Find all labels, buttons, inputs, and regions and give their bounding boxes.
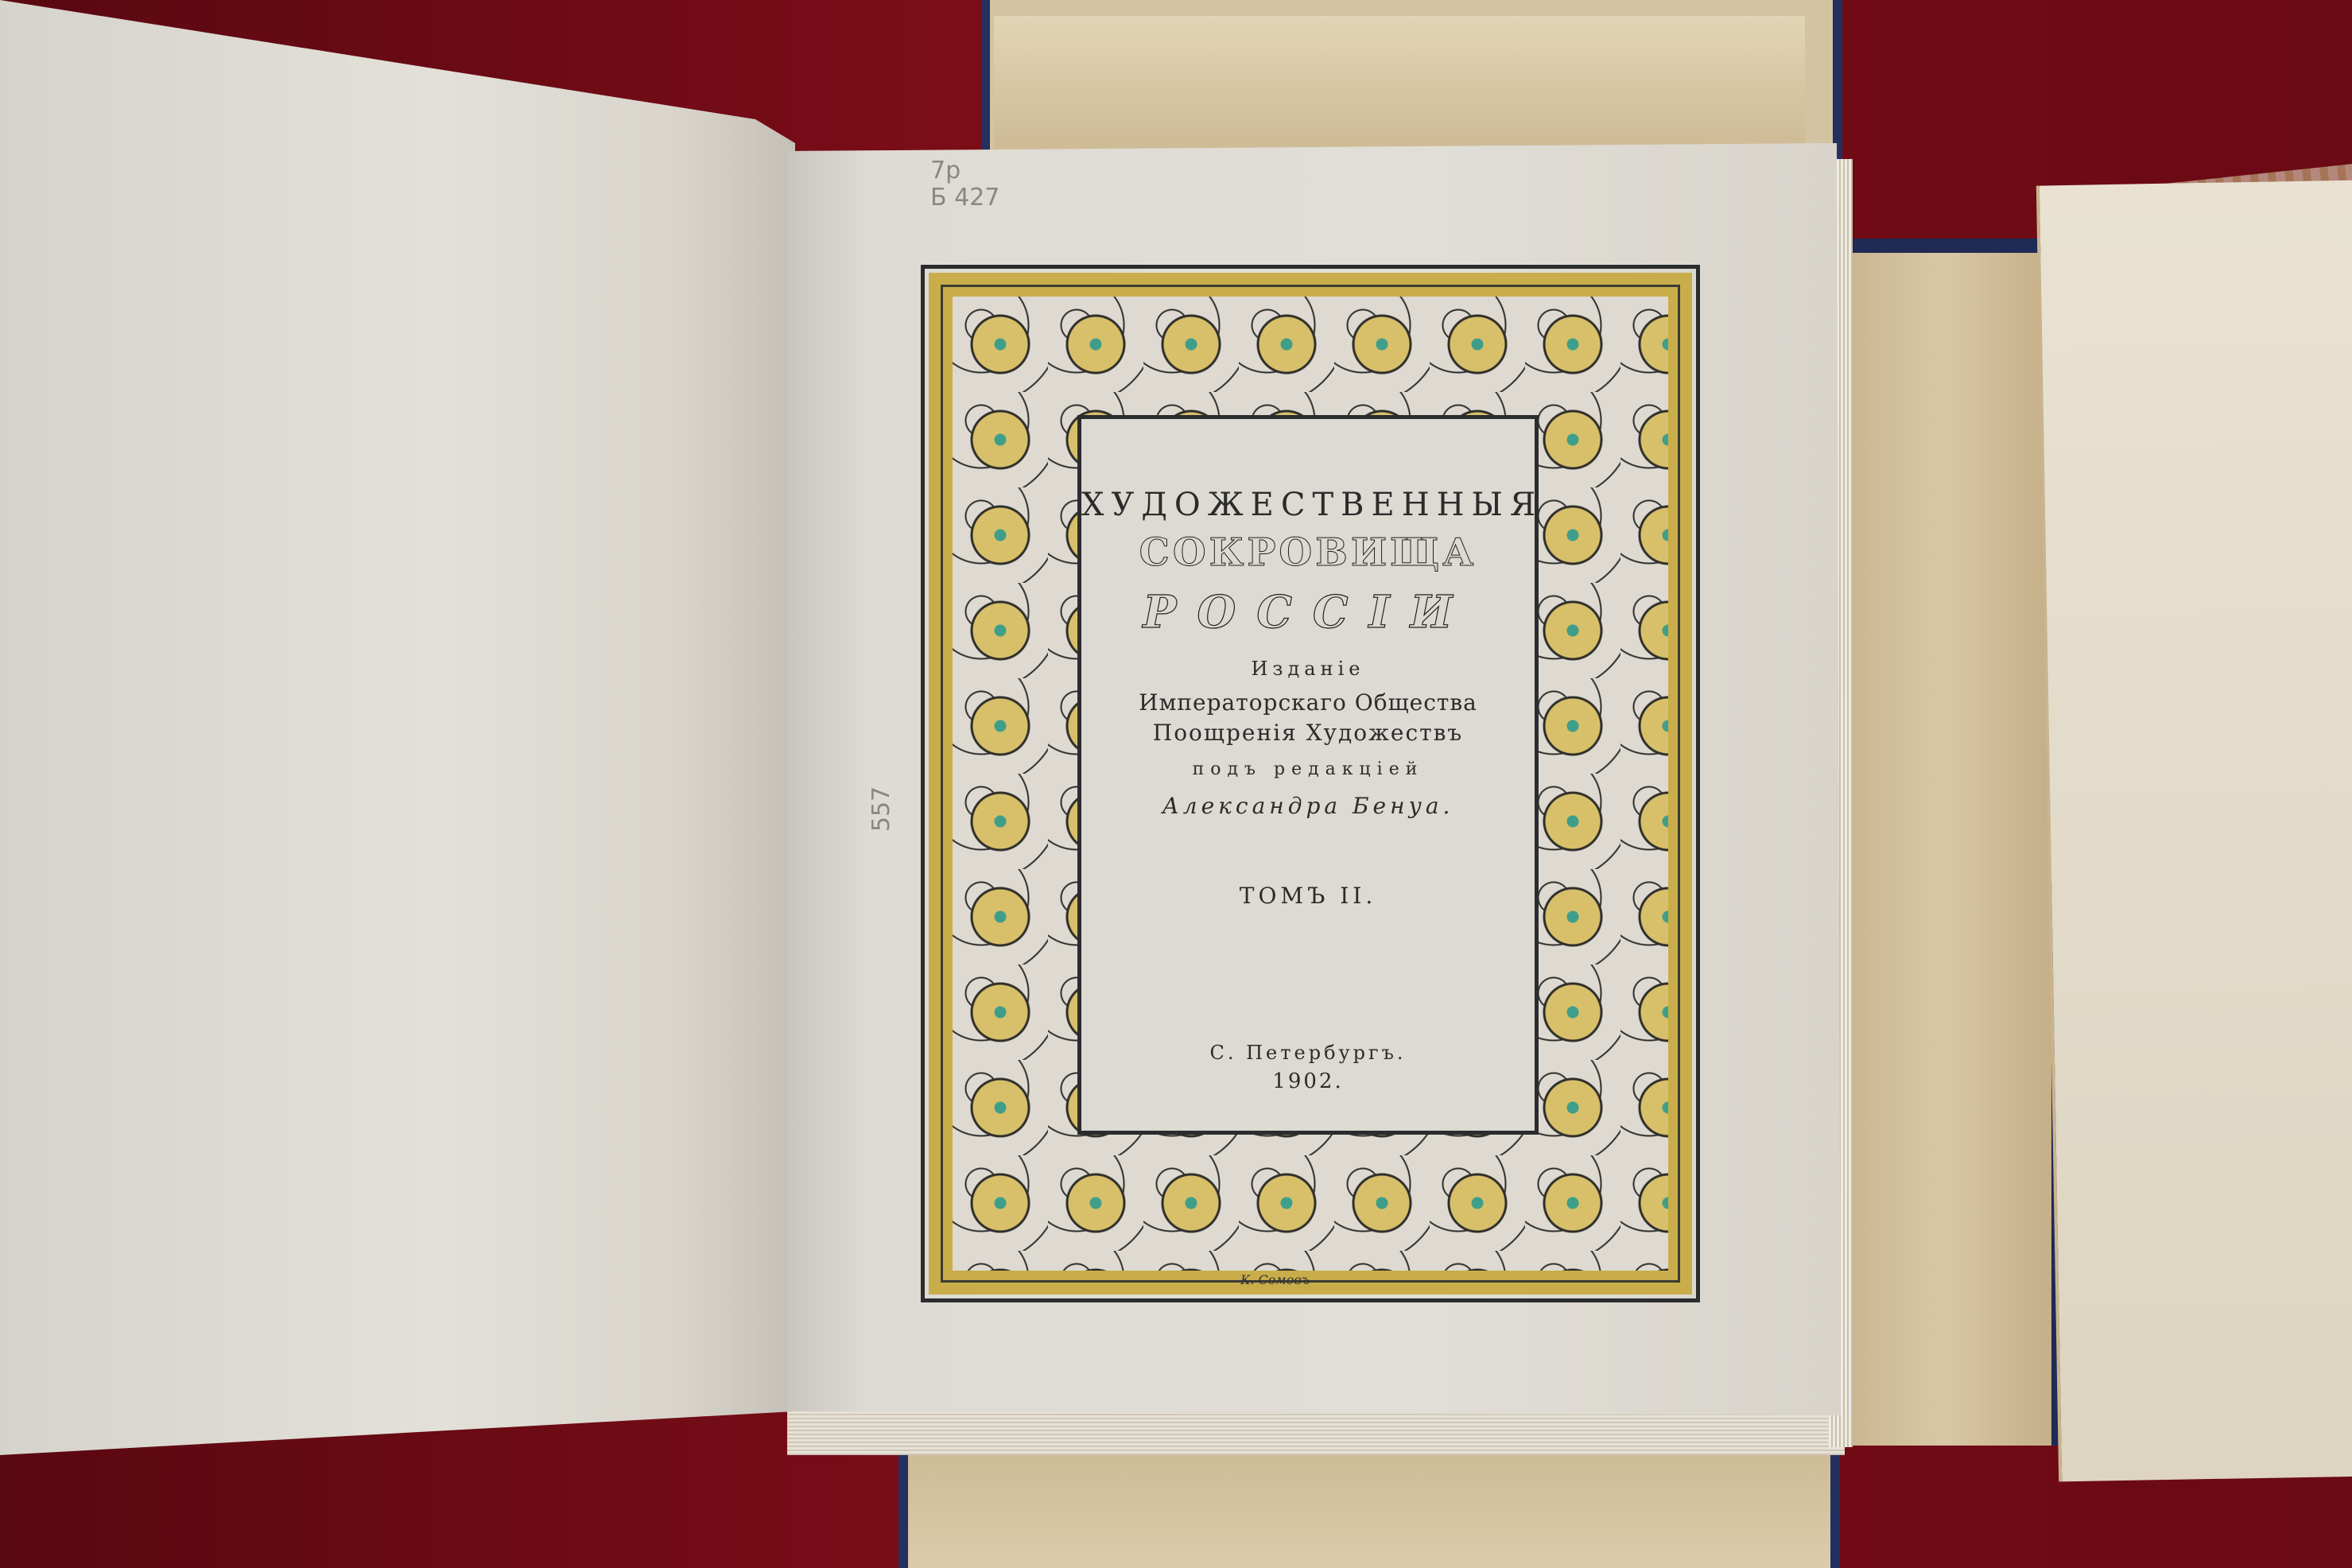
slipcase-right-spine xyxy=(1837,239,2059,1446)
pencil-note-line: Б 427 xyxy=(930,184,999,212)
pencil-note-line: 7р xyxy=(930,157,999,184)
title-line-3: РОССІИ xyxy=(1081,586,1535,638)
slipcase-top-lining xyxy=(994,16,1805,159)
pencil-shelfmark: 7р Б 427 xyxy=(930,157,999,212)
editor-name: Александра Бенуа. xyxy=(1081,793,1535,819)
imprint-year: 1902. xyxy=(1081,1069,1535,1093)
publisher-line-1: Императорскаго Общества xyxy=(1081,689,1535,716)
volume-number: ТОМЪ II. xyxy=(1081,883,1535,909)
edition-label: Изданіе xyxy=(1081,658,1535,680)
editor-label: подъ редакціей xyxy=(1081,759,1535,779)
imprint-city: С. Петербургъ. xyxy=(1081,1042,1535,1064)
title-line-2: СОКРОВИЩА xyxy=(1081,530,1535,575)
publisher-line-2: Поощренія Художествъ xyxy=(1081,720,1535,746)
slipcase-right-board xyxy=(2036,180,2352,1482)
title-text-panel: ХУДОЖЕСТВЕННЫЯ СОКРОВИЩА РОССІИ Изданіе … xyxy=(1077,415,1539,1135)
illustrator-signature: К. Сомовъ xyxy=(1240,1272,1310,1287)
left-blank-page xyxy=(0,0,795,1455)
title-line-1: ХУДОЖЕСТВЕННЫЯ xyxy=(1081,487,1535,523)
slipcase-bottom-flap xyxy=(898,1447,1840,1568)
pencil-margin-number: 557 xyxy=(867,786,895,832)
